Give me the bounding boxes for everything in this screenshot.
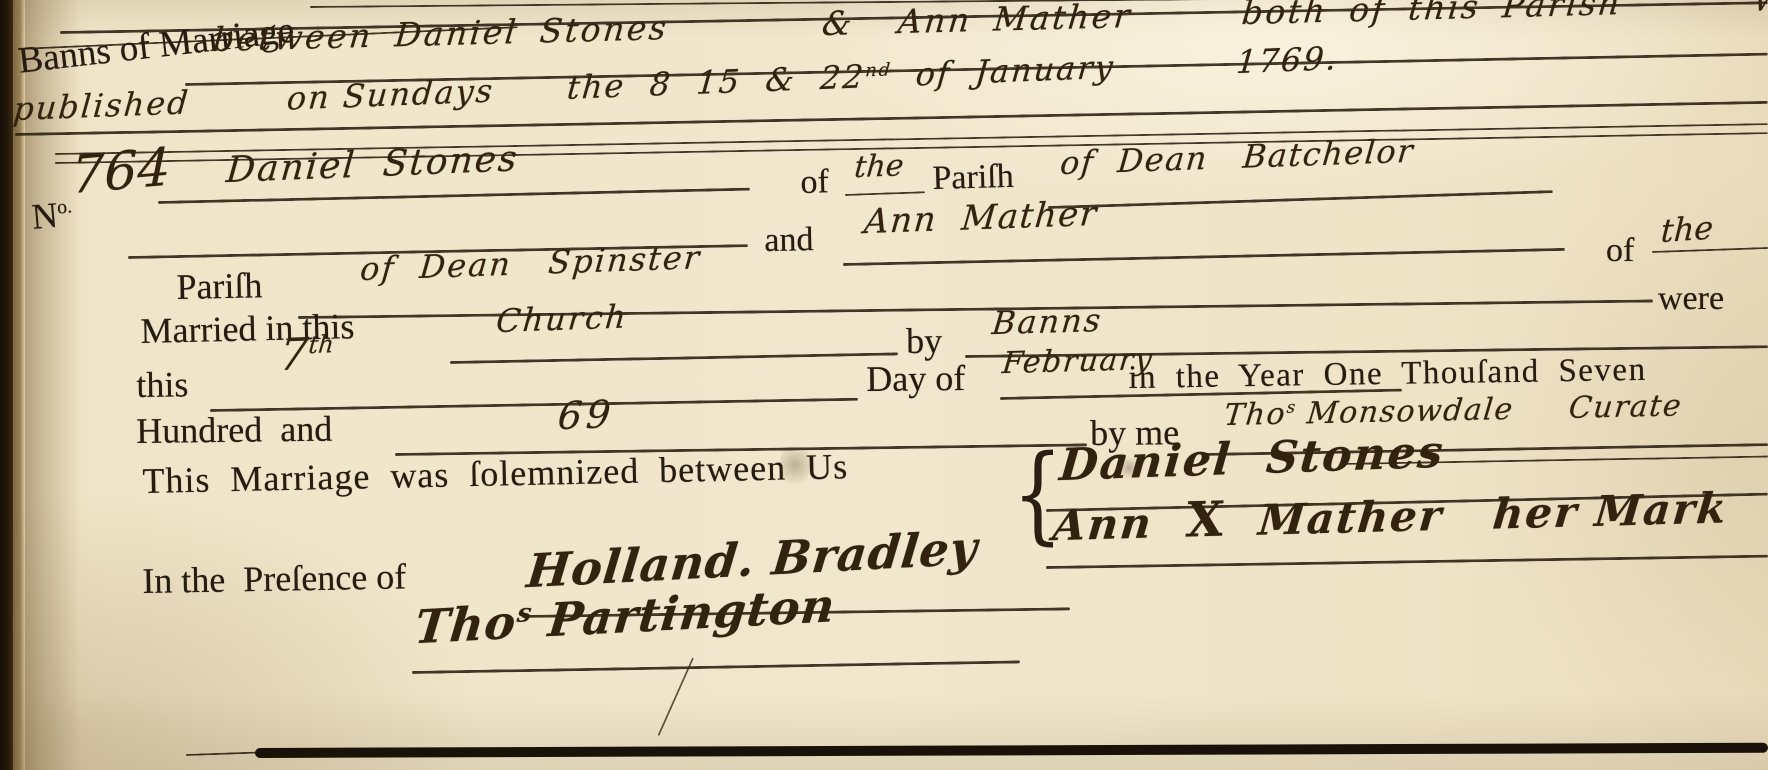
in-presence-of-label: In the Preſence of bbox=[142, 555, 407, 602]
rule-line bbox=[843, 248, 1565, 266]
groom-parish-handwritten: of Dean Batchelor bbox=[1059, 132, 1416, 182]
register-page-scan: Banns of Marriage between Daniel Stones … bbox=[0, 0, 1768, 770]
entry-number-value: 764 bbox=[71, 137, 171, 206]
bride-name-handwritten: Ann Mather bbox=[862, 194, 1099, 242]
day-of-label: Day of bbox=[866, 357, 965, 400]
and-label: and bbox=[764, 221, 814, 260]
hundred-and-label: Hundred and bbox=[136, 408, 332, 452]
bride-signature-name2: Mather her Mark bbox=[1223, 483, 1730, 545]
day-handwritten: 7th bbox=[278, 328, 336, 381]
married-by-handwritten: Banns bbox=[990, 301, 1104, 342]
by-label: by bbox=[906, 320, 942, 362]
rule-line bbox=[412, 660, 1020, 674]
groom-name-handwritten: Daniel Stones bbox=[225, 138, 521, 191]
of-label-1: of bbox=[800, 163, 829, 202]
married-place-handwritten: Church bbox=[495, 297, 630, 340]
officiant-name-part1: Tho bbox=[1222, 397, 1287, 433]
the-handwritten-2: the bbox=[1660, 208, 1714, 250]
ink-smudge bbox=[1120, 455, 1138, 481]
banns-couple-handwritten: between Daniel Stones & Ann Mather both … bbox=[211, 0, 1768, 59]
entry-separator-bar bbox=[255, 743, 1768, 758]
officiant-superscript: s bbox=[1286, 398, 1298, 417]
book-binding-edge bbox=[0, 0, 13, 770]
witness2-name-part1: Tho bbox=[412, 595, 519, 655]
parish-label-2: Pariſh bbox=[176, 264, 263, 308]
day-ordinal-superscript: th bbox=[307, 330, 335, 359]
entry-number-n: N bbox=[30, 195, 59, 237]
rule-line bbox=[450, 352, 898, 364]
were-label: were bbox=[1658, 280, 1724, 318]
this-label: this bbox=[136, 363, 189, 406]
banns-dates-part2: of January 1769. bbox=[890, 39, 1340, 94]
witness2-superscript: s bbox=[516, 596, 534, 627]
entry-number-label: No. bbox=[30, 192, 74, 237]
day-number: 7 bbox=[278, 329, 310, 381]
the-handwritten-1: the bbox=[853, 148, 905, 185]
parish-label-1: Pariſh bbox=[932, 158, 1014, 198]
bride-signature: Ann X Mather her Mark bbox=[1051, 478, 1731, 552]
bride-signature-name1: Ann bbox=[1051, 498, 1189, 551]
solemnized-statement: This Marriage was ſolemnized between Us bbox=[142, 445, 849, 502]
year-value-handwritten: 69 bbox=[556, 392, 616, 438]
officiant-name-part2: Monsowdale Curate bbox=[1294, 388, 1684, 431]
banns-date-ordinal-superscript: nd bbox=[865, 60, 893, 81]
ink-smudge bbox=[780, 440, 810, 490]
rule-line bbox=[845, 191, 925, 196]
officiant-signature: Thos Monsowdale Curate bbox=[1222, 388, 1684, 433]
bride-mark-x: X bbox=[1183, 491, 1228, 548]
bride-parish-handwritten: of Dean Spinster bbox=[359, 238, 703, 288]
rule-line bbox=[1048, 190, 1553, 209]
rule-line bbox=[1046, 555, 1768, 569]
witness-signature-2: Thos Partington bbox=[412, 578, 838, 654]
of-label-2: of bbox=[1606, 232, 1634, 270]
